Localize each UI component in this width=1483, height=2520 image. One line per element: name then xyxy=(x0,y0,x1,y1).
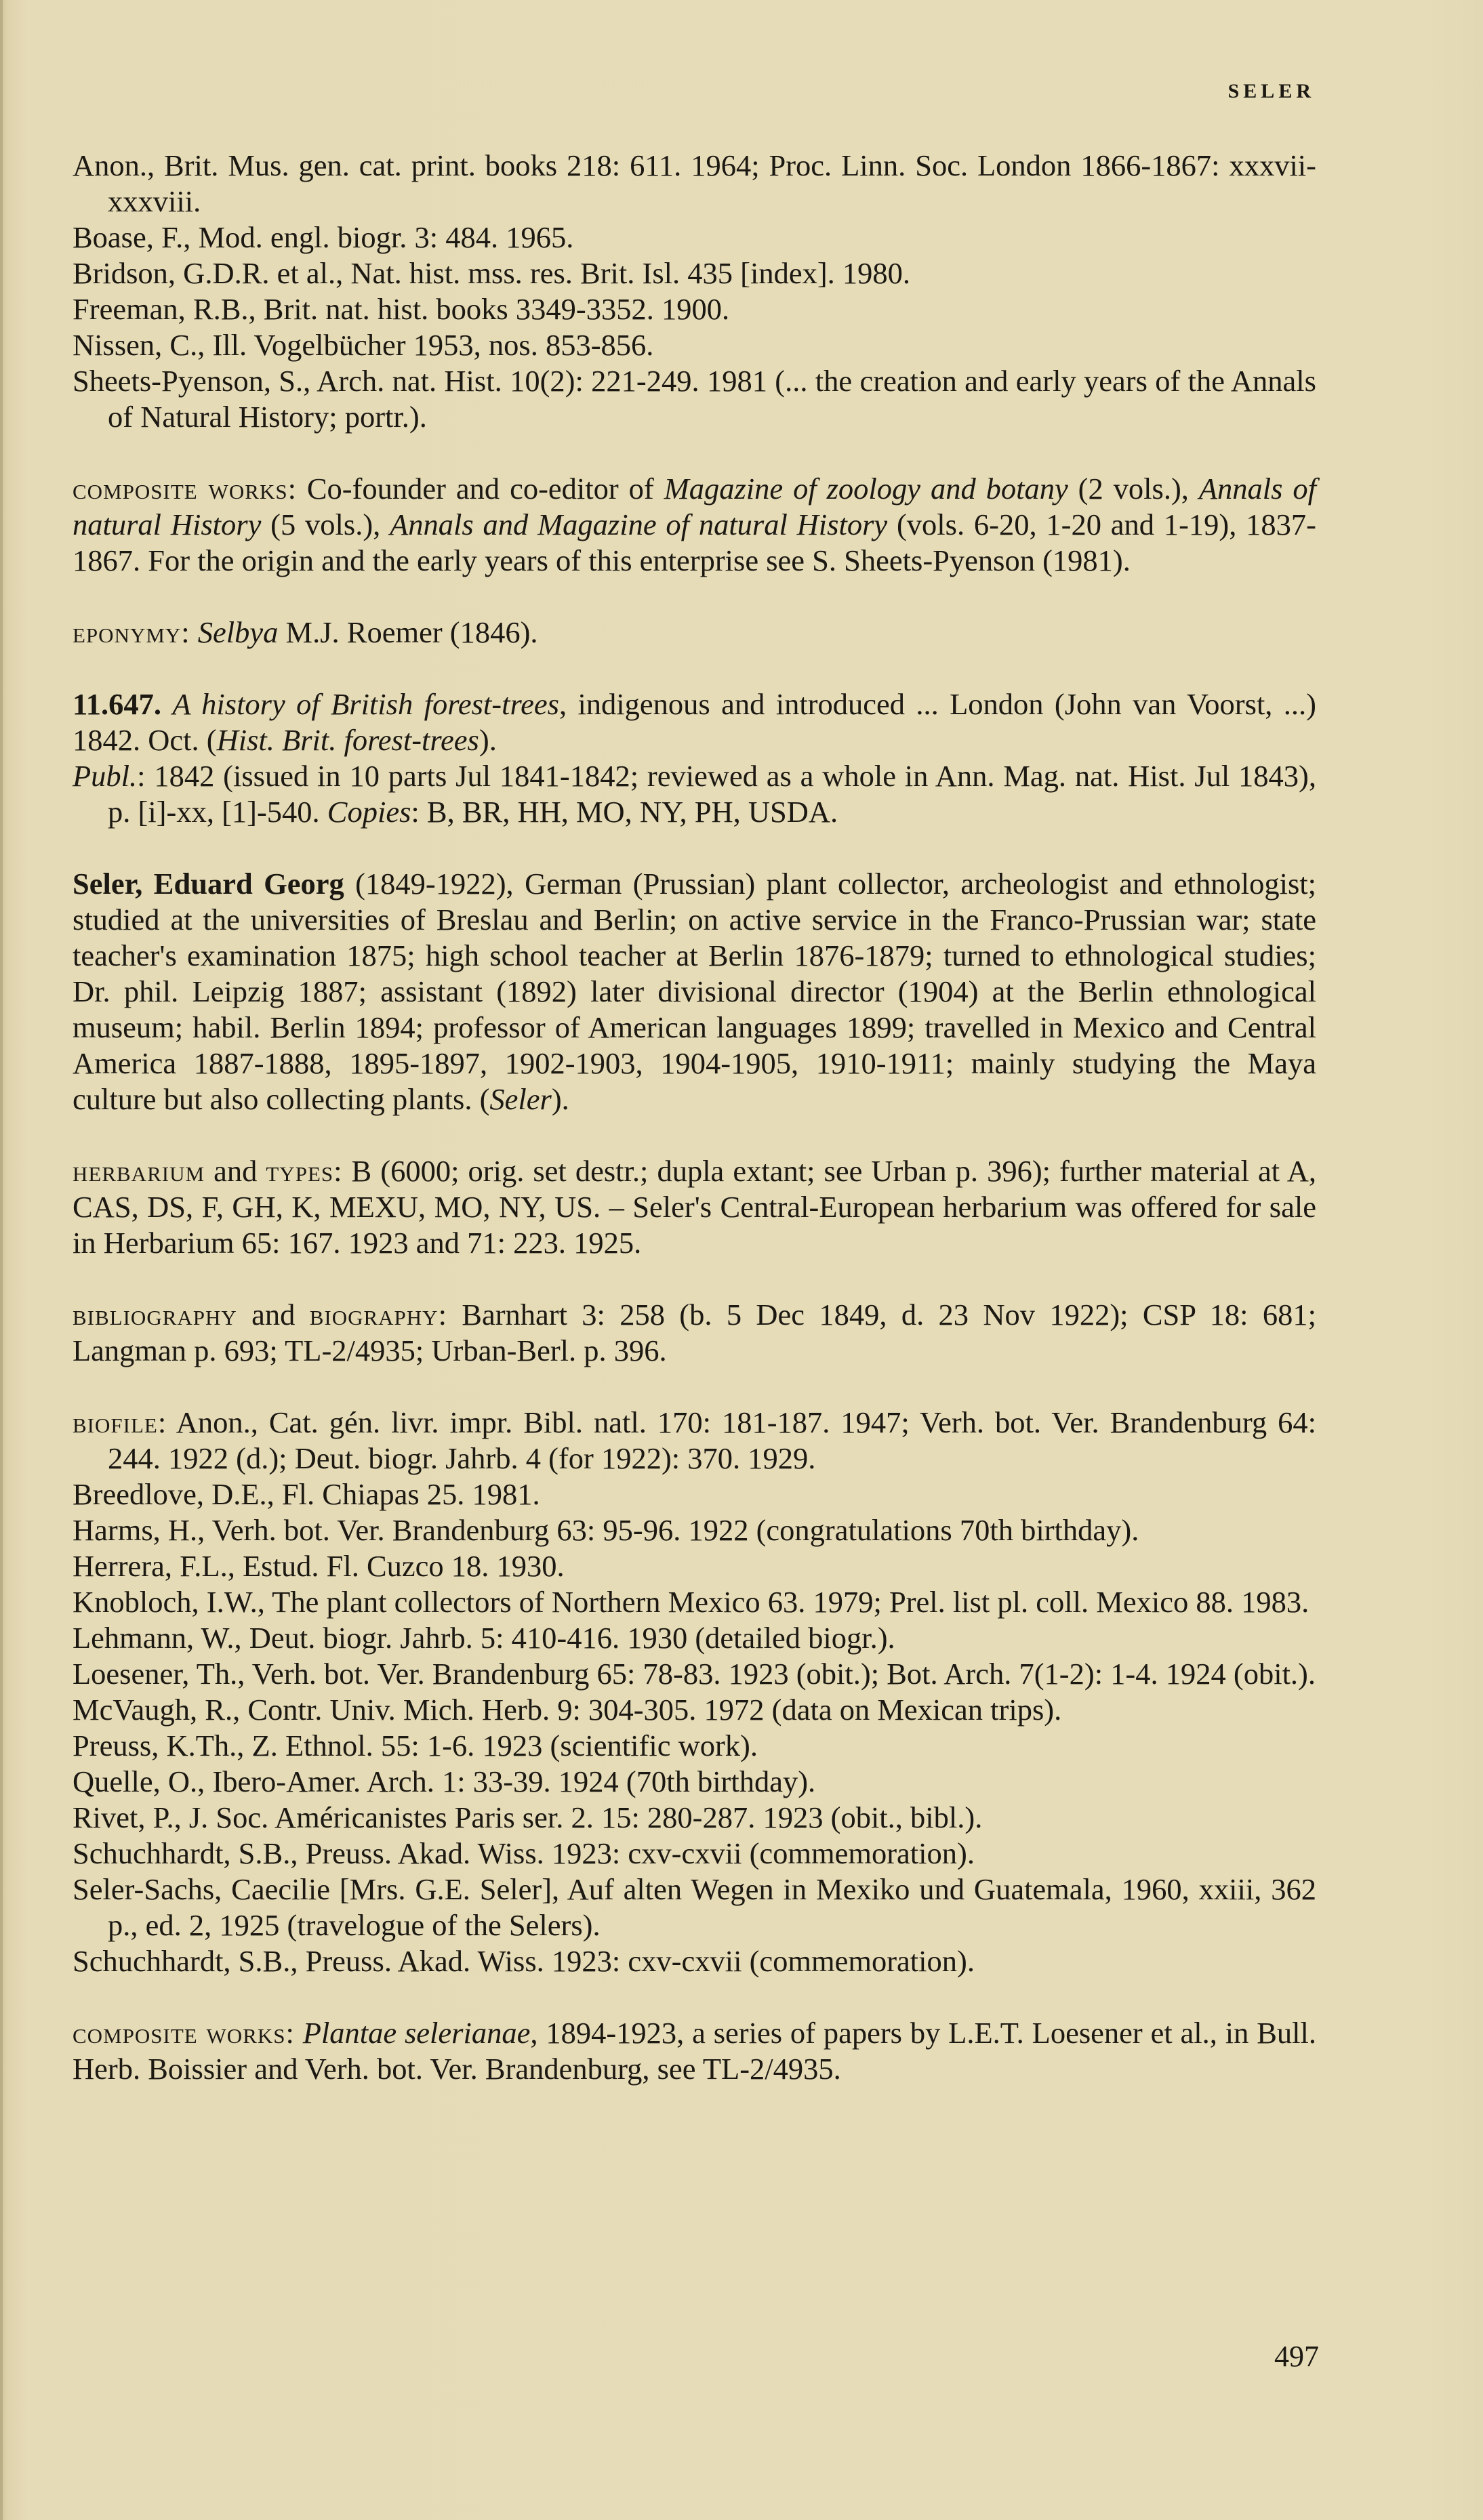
selby-eponymy: eponymy: Selbya M.J. Roemer (1846). xyxy=(73,615,1316,650)
running-head: SELER xyxy=(1228,80,1315,103)
genus-name: Selbya xyxy=(198,615,279,649)
preceding-biofile: Anon., Brit. Mus. gen. cat. print. books… xyxy=(73,148,1316,435)
selby-composite-works: composite works: Co-founder and co-edito… xyxy=(73,471,1316,579)
biofile-item: Preuss, K.Th., Z. Ethnol. 55: 1-6. 1923 … xyxy=(73,1728,1316,1764)
page-number: 497 xyxy=(1274,2339,1319,2374)
biofile-item: Rivet, P., J. Soc. Américanistes Paris s… xyxy=(73,1800,1316,1836)
biofile-item: Knobloch, I.W., The plant collectors of … xyxy=(73,1584,1316,1620)
book-abbreviation: Hist. Brit. forest-trees xyxy=(217,723,479,757)
biofile-item: Bridson, G.D.R. et al., Nat. hist. mss. … xyxy=(73,255,1316,291)
biofile-item: biofile: Anon., Cat. gén. livr. impr. Bi… xyxy=(73,1405,1316,1476)
entry-number: 11.647. xyxy=(73,687,161,721)
entry-11647: 11.647. A history of British forest-tree… xyxy=(73,686,1316,830)
book-title: A history of British forest-trees xyxy=(172,687,559,721)
publication-note: Publ.: 1842 (issued in 10 parts Jul 1841… xyxy=(73,758,1316,830)
biofile-item: Loesener, Th., Verh. bot. Ver. Brandenbu… xyxy=(73,1656,1316,1692)
biofile-item: Quelle, O., Ibero-Amer. Arch. 1: 33-39. … xyxy=(73,1764,1316,1800)
seler-bibliography: bibliography and biography: Barnhart 3: … xyxy=(73,1297,1316,1369)
section-label: eponymy: xyxy=(73,615,190,649)
series-title: Plantae selerianae xyxy=(303,2016,531,2050)
journal-title: Annals and Magazine of natural History xyxy=(390,508,887,541)
journal-title: Magazine of zoology and botany xyxy=(664,472,1068,505)
section-label: types: xyxy=(266,1154,342,1188)
seler-herbarium: herbarium and types: B (6000; orig. set … xyxy=(73,1153,1316,1261)
page-content: Anon., Brit. Mus. gen. cat. print. books… xyxy=(73,148,1316,2123)
person-name: Seler, Eduard Georg xyxy=(73,867,344,901)
biofile-item: Schuchhardt, S.B., Preuss. Akad. Wiss. 1… xyxy=(73,1836,1316,1872)
author-abbreviation: Seler xyxy=(489,1082,551,1116)
biofile-item: Anon., Brit. Mus. gen. cat. print. books… xyxy=(73,148,1316,220)
biofile-item: Seler-Sachs, Caecilie [Mrs. G.E. Seler],… xyxy=(73,1872,1316,1943)
entry-title-line: 11.647. A history of British forest-tree… xyxy=(73,686,1316,758)
biofile-item: Boase, F., Mod. engl. biogr. 3: 484. 196… xyxy=(73,220,1316,255)
page-edge xyxy=(0,0,3,2520)
biofile-item: Sheets-Pyenson, S., Arch. nat. Hist. 10(… xyxy=(73,363,1316,435)
biofile-item: Freeman, R.B., Brit. nat. hist. books 33… xyxy=(73,291,1316,327)
biofile-item: Harms, H., Verh. bot. Ver. Brandenburg 6… xyxy=(73,1512,1316,1548)
section-label: biography: xyxy=(310,1298,447,1331)
biofile-item: Schuchhardt, S.B., Preuss. Akad. Wiss. 1… xyxy=(73,1943,1316,1979)
section-label: composite works: xyxy=(73,472,297,505)
biofile-item: McVaugh, R., Contr. Univ. Mich. Herb. 9:… xyxy=(73,1692,1316,1728)
biofile-item: Herrera, F.L., Estud. Fl. Cuzco 18. 1930… xyxy=(73,1548,1316,1584)
biofile-item: Nissen, C., Ill. Vogelbücher 1953, nos. … xyxy=(73,327,1316,363)
section-label: bibliography xyxy=(73,1298,237,1331)
section-label: composite works: xyxy=(73,2016,295,2050)
seler-biofile: biofile: Anon., Cat. gén. livr. impr. Bi… xyxy=(73,1405,1316,1979)
section-label: biofile: xyxy=(73,1405,167,1439)
section-label: herbarium xyxy=(73,1154,205,1188)
biofile-item: Lehmann, W., Deut. biogr. Jahrb. 5: 410-… xyxy=(73,1620,1316,1656)
seler-composite-works: composite works: Plantae selerianae, 189… xyxy=(73,2015,1316,2087)
biofile-item: Breedlove, D.E., Fl. Chiapas 25. 1981. xyxy=(73,1476,1316,1512)
seler-biography: Seler, Eduard Georg (1849-1922), German … xyxy=(73,866,1316,1117)
